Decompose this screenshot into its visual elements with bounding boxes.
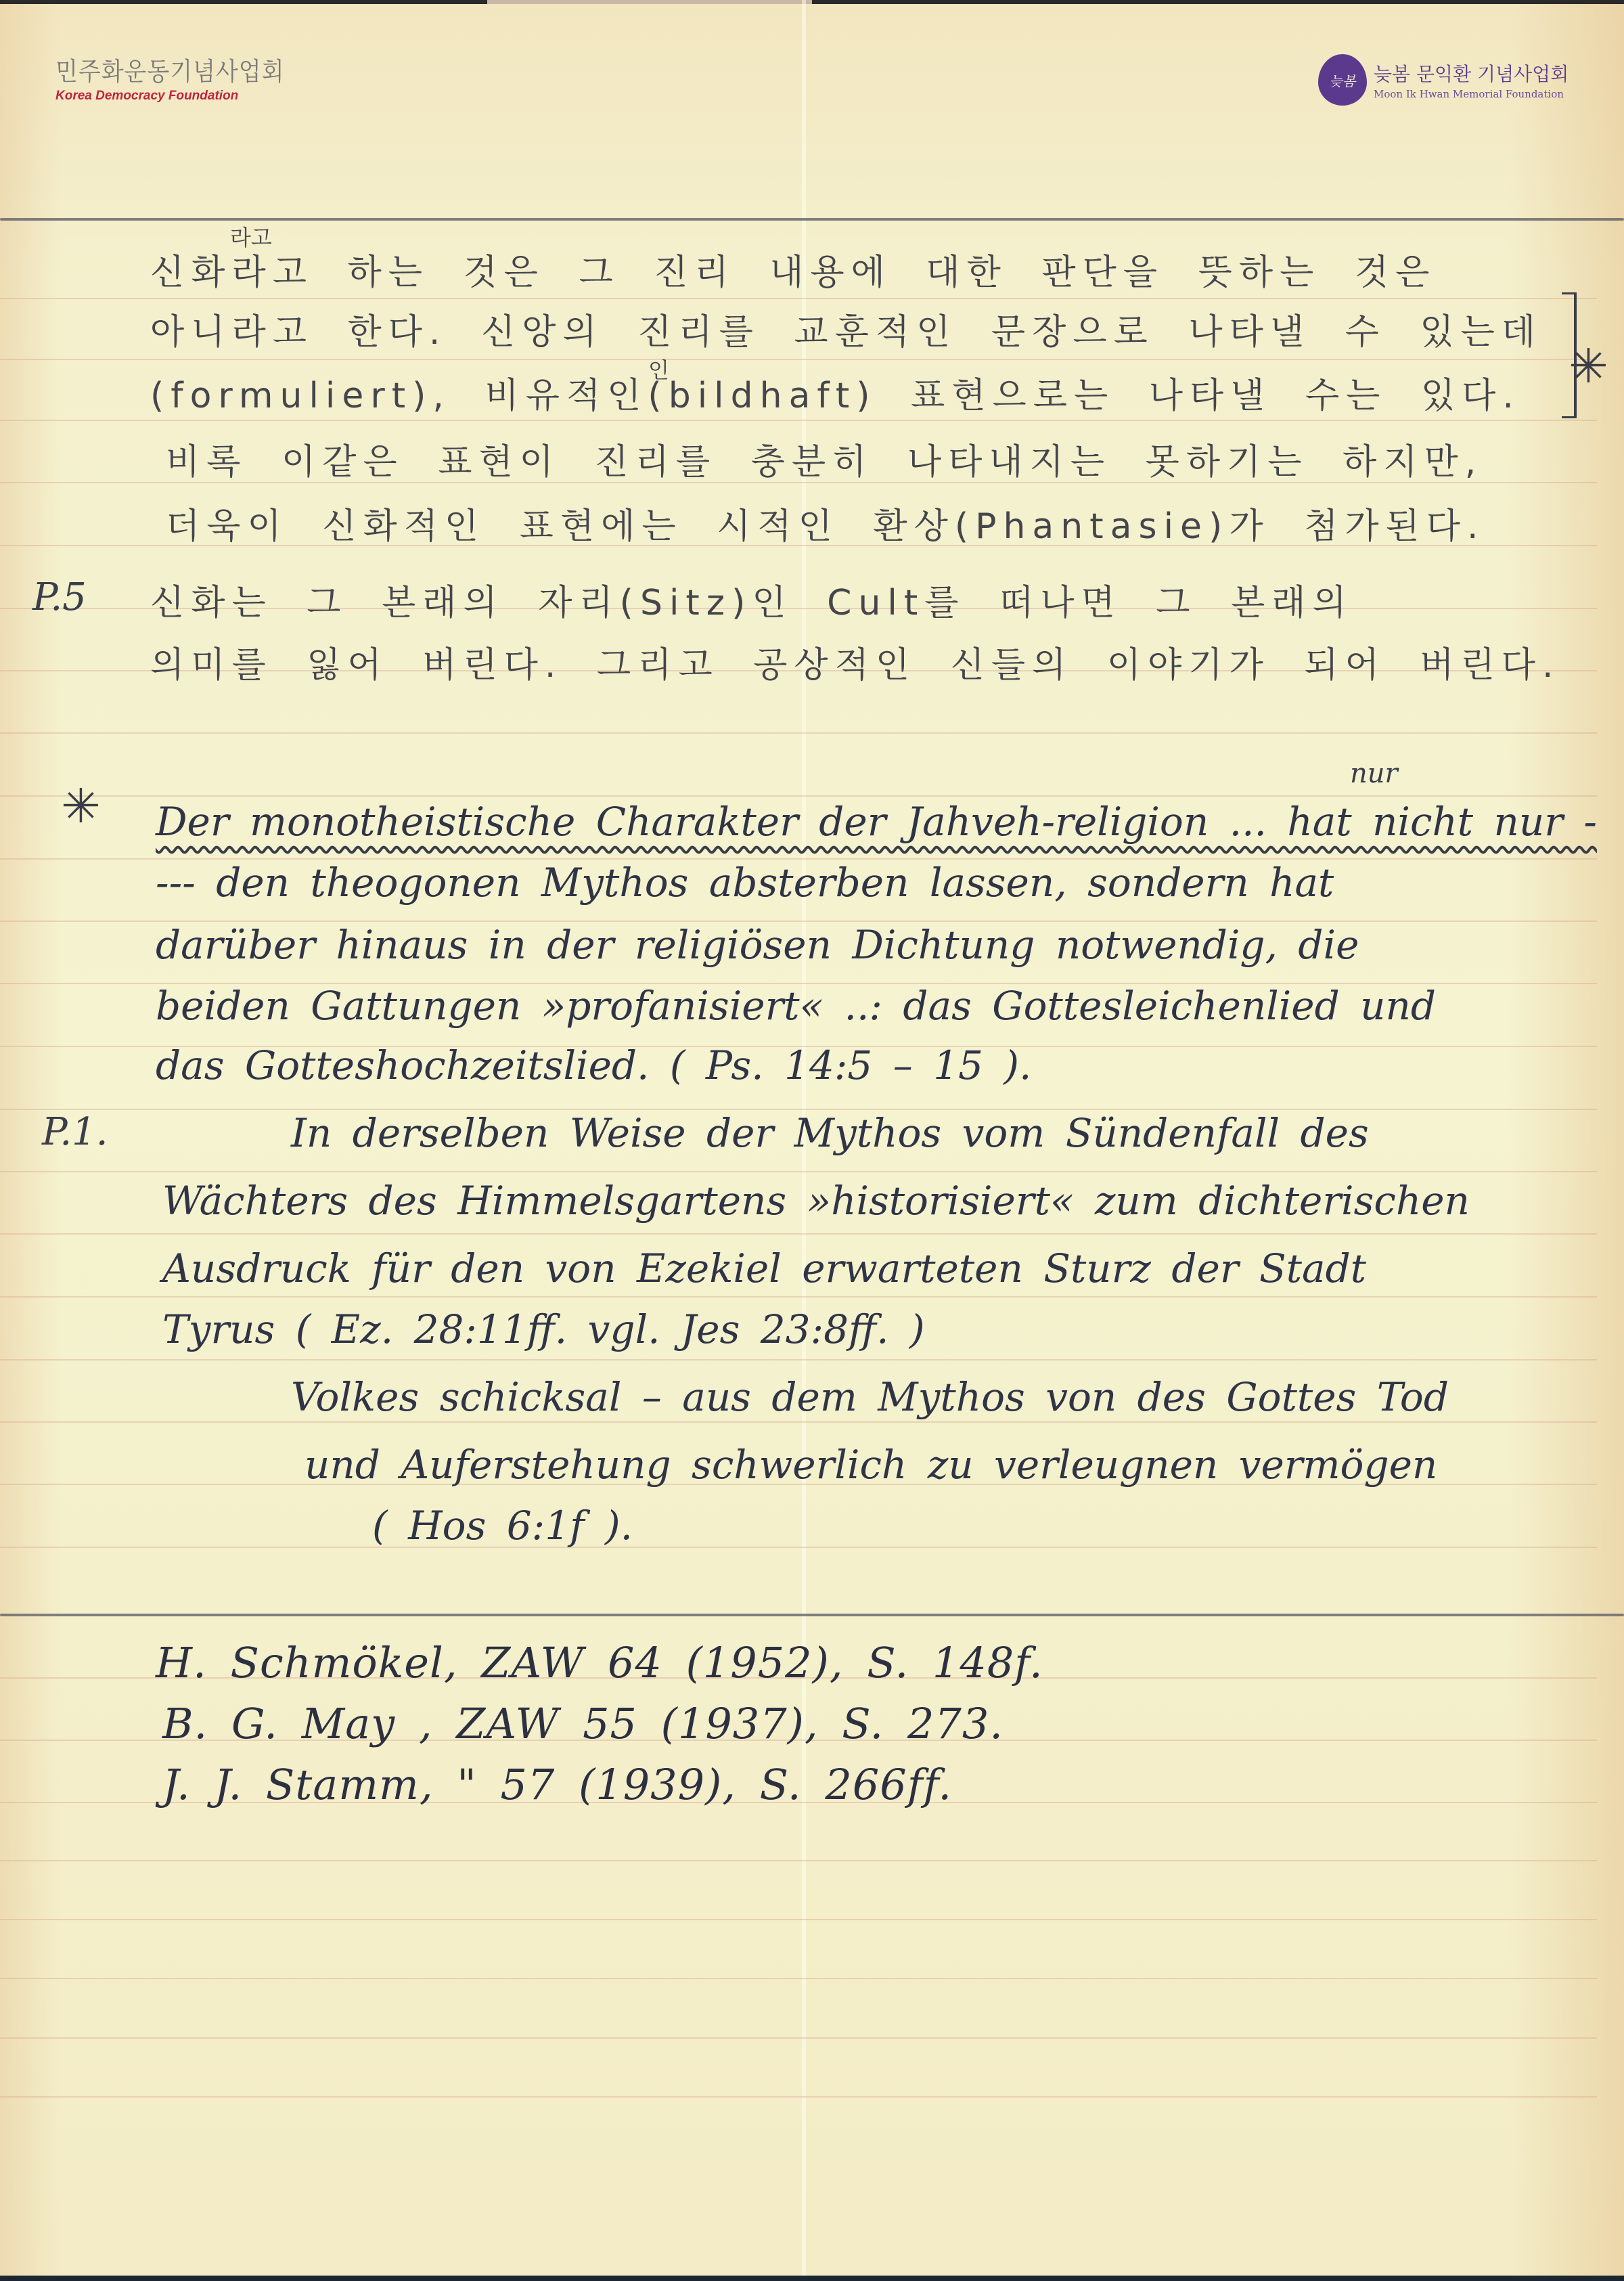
logo-korean-name: 늦봄 문익환 기념사업회 — [1374, 60, 1569, 87]
ruled-line — [0, 298, 1597, 299]
german-p1-line-7: ( Hos 6:1f ). — [372, 1503, 633, 1549]
korean-line-6: 신화는 그 본래의 자리(Sitz)인 Cult를 떠나면 그 본래의 — [150, 574, 1353, 625]
ruled-line — [0, 1860, 1597, 1861]
german-p1-line-3: Ausdruck für den von Ezekiel erwarteten … — [162, 1245, 1366, 1291]
reference-item: J. J. Stamm, " 57 (1939), S. 266ff. — [162, 1760, 952, 1809]
logo-english-name: Moon Ik Hwan Memorial Foundation — [1374, 88, 1569, 100]
ruled-line — [0, 359, 1597, 360]
german-p1-line-5: Volkes schicksal – aus dem Mythos von de… — [291, 1374, 1449, 1420]
moon-ik-hwan-foundation-logo: 늦봄 늦봄 문익환 기념사업회 Moon Ik Hwan Memorial Fo… — [1318, 54, 1569, 106]
ruled-line — [0, 1359, 1597, 1360]
page-reference-label: P.1. — [42, 1110, 108, 1154]
neutbom-emblem-icon: 늦봄 — [1318, 54, 1367, 106]
korean-line-1: 신화라고 하는 것은 그 진리 내용에 대한 판단을 뜻하는 것은 — [150, 244, 1436, 294]
ruled-line — [0, 1919, 1597, 1920]
logo-korean-name: 민주화운동기념사업회 — [55, 51, 284, 88]
korean-line-3: (formuliert), 비유적인(bildhaft) 표현으로는 나타낼 수… — [150, 367, 1520, 418]
german-p1-line-6: und Auferstehung schwerlich zu verleugne… — [304, 1442, 1437, 1488]
ruled-line — [0, 1171, 1597, 1172]
asterisk-mark-icon: ✳ — [61, 778, 101, 834]
ruled-line — [0, 1978, 1597, 1979]
reference-item: B. G. May , ZAW 55 (1937), S. 273. — [162, 1699, 1003, 1748]
reference-item: H. Schmökel, ZAW 64 (1952), S. 148f. — [156, 1638, 1043, 1687]
ruled-line — [0, 420, 1597, 421]
ruled-line — [0, 1233, 1597, 1235]
german-line-5: das Gotteshochzeitslied. ( Ps. 14:5 – 15… — [156, 1042, 1032, 1088]
ruled-line — [0, 795, 1597, 797]
german-p1-line-2: Wächters des Himmelsgartens »historisier… — [162, 1178, 1470, 1224]
page-reference-label: P.5 — [32, 575, 87, 619]
german-line-4: beiden Gattungen »profanisiert« ..: das … — [156, 983, 1436, 1029]
ruled-line — [0, 1421, 1597, 1423]
korean-line-4: 비록 이같은 표현이 진리를 충분히 나타내지는 못하기는 하지만, — [166, 433, 1483, 484]
korean-line-7: 의미를 잃어 버린다. 그리고 공상적인 신들의 이야기가 되어 버린다. — [150, 636, 1560, 687]
page-top-edge — [0, 0, 1624, 4]
ruled-line — [0, 2096, 1597, 2098]
insertion-mark: nur — [1350, 758, 1398, 789]
korean-line-2: 아니라고 한다. 신앙의 진리를 교훈적인 문장으로 나타낼 수 있는데 — [150, 303, 1542, 354]
korean-line-5: 더욱이 신화적인 표현에는 시적인 환상(Phantasie)가 첨가된다. — [166, 497, 1485, 548]
asterisk-mark-icon: ✳ — [1569, 338, 1608, 394]
logo-english-name: Korea Democracy Foundation — [55, 89, 284, 104]
ruled-line — [0, 1547, 1597, 1548]
korea-democracy-foundation-logo: 민주화운동기념사업회 Korea Democracy Foundation — [55, 53, 284, 104]
german-p1-line-4: Tyrus ( Ez. 28:11ff. vgl. Jes 23:8ff. ) — [162, 1306, 925, 1352]
page-bottom-edge — [0, 2276, 1624, 2281]
german-line-1: Der monotheistische Charakter der Jahveh… — [156, 799, 1597, 845]
ruled-line — [0, 732, 1597, 734]
german-p1-line-1: In derselben Weise der Mythos vom Sünden… — [291, 1110, 1369, 1156]
bottom-section-rule — [0, 1614, 1624, 1616]
ruled-line — [0, 1296, 1597, 1298]
ruled-line — [0, 2037, 1597, 2039]
german-line-2: --- den theogonen Mythos absterben lasse… — [156, 860, 1334, 906]
german-line-3: darüber hinaus in der religiösen Dichtun… — [156, 922, 1359, 968]
